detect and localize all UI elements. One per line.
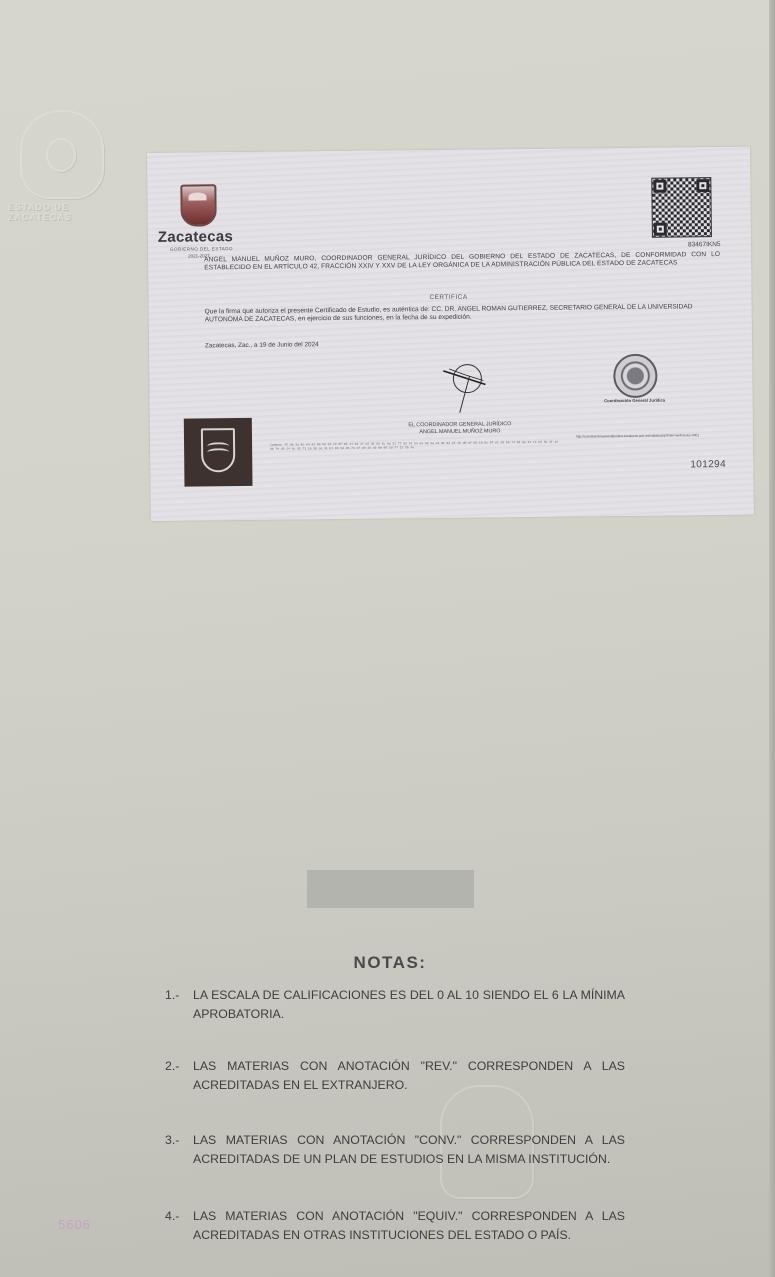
seal-label: Coordinación General Jurídica [602, 398, 668, 404]
certificate-intro: ANGEL MANUEL MUÑOZ MURO, COORDINADOR GEN… [204, 251, 720, 272]
certifica-heading: CERTIFICA [149, 291, 749, 304]
margin-mark: 5606 [58, 1217, 91, 1232]
digital-signature-chain: Cadena: 7f 3b 11 0c e4 a1 9d 5e 22 c8 6f… [270, 441, 560, 452]
signer-name: ANGEL MANUEL MUÑOZ MURO [360, 427, 560, 436]
note-number: 4.- [165, 1207, 179, 1226]
emboss-text: ESTADO DE ZACATECAS [8, 202, 123, 222]
certificate-body: Que la firma que autoriza el presente Ce… [205, 303, 725, 324]
note-number: 1.- [165, 986, 179, 1005]
note-text: La escala de calificaciones es del 0 al … [193, 986, 625, 1024]
official-seal-icon [613, 354, 657, 398]
signature-icon [439, 354, 500, 415]
note-text: Las materias con anotación "EQUIV." corr… [193, 1207, 625, 1245]
signer-block: EL COORDINADOR GENERAL JURÍDICO ANGEL MA… [360, 421, 560, 436]
note-text: Las materias con anotación "REV." corres… [193, 1057, 625, 1095]
note-item: 2.- Las materias con anotación "REV." co… [165, 1057, 625, 1095]
note-item: 3.- Las materias con anotación "CONV." c… [165, 1131, 625, 1169]
brand-subtitle: GOBIERNO DEL ESTADO [170, 246, 233, 252]
verification-url[interactable]: http://coordinaciongeneraljuridica.zacat… [576, 433, 726, 439]
note-number: 3.- [165, 1131, 179, 1150]
emboss-seal-center-icon [46, 138, 76, 172]
qr-code-icon[interactable] [651, 177, 712, 238]
page-edge [769, 0, 775, 1277]
verification-code: 83467IKN5 [688, 241, 721, 248]
university-logo-icon [184, 418, 253, 487]
notes-title: NOTAS: [0, 953, 775, 973]
brand-name: Zacatecas [158, 228, 233, 246]
note-item: 1.- La escala de calificaciones es del 0… [165, 986, 625, 1024]
note-number: 2.- [165, 1057, 179, 1076]
redacted-area [307, 870, 474, 908]
zacatecas-shield-icon [180, 184, 216, 226]
embossed-seal: ESTADO DE ZACATECAS [8, 110, 123, 230]
folio-number: 101294 [690, 459, 726, 470]
legalization-certificate: Zacatecas GOBIERNO DEL ESTADO 2021-2027 … [147, 147, 754, 521]
place-date: Zacatecas, Zac., a 19 de Junio del 2024 [205, 341, 319, 349]
note-text: Las materias con anotación "CONV." corre… [193, 1131, 625, 1169]
document-page: ESTADO DE ZACATECAS Zacatecas GOBIERNO D… [0, 0, 775, 1277]
note-item: 4.- Las materias con anotación "EQUIV." … [165, 1207, 625, 1245]
